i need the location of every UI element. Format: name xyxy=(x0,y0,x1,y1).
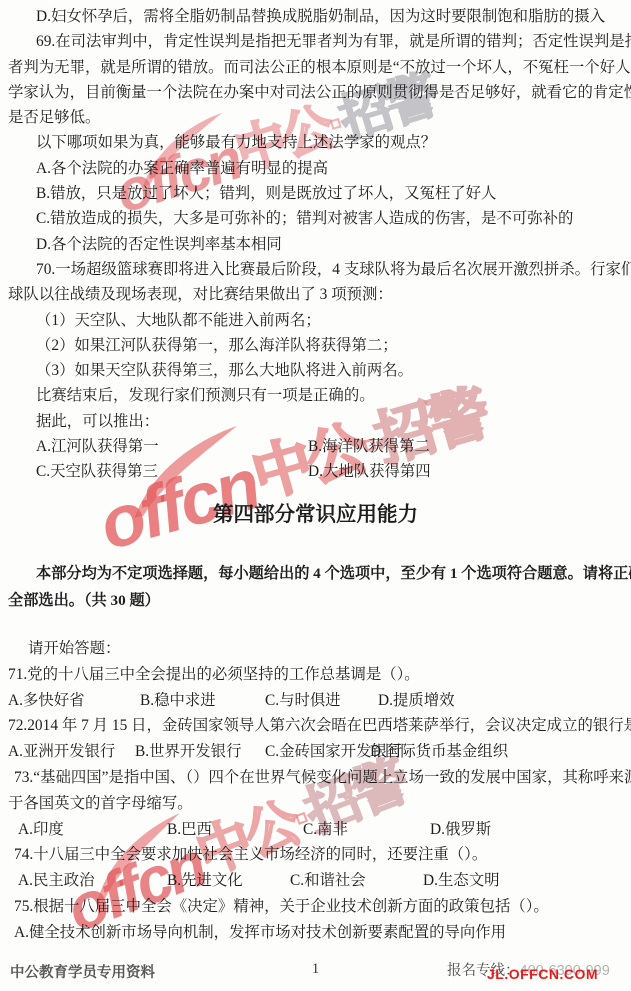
question-73-option-d: D.俄罗斯 xyxy=(430,817,629,843)
question-73-option-c: C.南非 xyxy=(303,817,430,843)
section-instructions: 本部分均为不定项选择题，每小题给出的 4 个选项中，至少有 1 个选项符合题意。… xyxy=(8,560,629,614)
question-70-option-c: C.天空队获得第三 xyxy=(36,459,308,484)
question-71-option-c: C.与时俱进 xyxy=(265,688,378,714)
question-70-lead-in: 据此，可以推出： xyxy=(8,409,629,434)
question-72-option-a: A.亚洲开发银行 xyxy=(8,739,135,765)
question-72-option-d: D.国际货币基金组织 xyxy=(370,739,629,765)
question-70-stem-line: 球队以往战绩及现场表现，对比赛结果做出了 3 项预测： xyxy=(8,282,629,307)
question-69-option-c: C.错放造成的损失，大多是可弥补的；错判对被害人造成的伤害，是不可弥补的 xyxy=(8,206,629,231)
question-70-prediction: （3）如果天空队获得第三，那么大地队将进入前两名。 xyxy=(8,358,629,383)
question-73-options-row: A.印度 B.巴西 C.南非 D.俄罗斯 xyxy=(8,817,629,843)
option-line: D.妇女怀孕后，需将全脂奶制品替换成脱脂奶制品，因为这时要限制饱和脂肪的摄入 xyxy=(8,4,629,29)
question-70-options-row: C.天空队获得第三 D.大地队获得第四 xyxy=(8,459,629,484)
question-71-stem: 71.党的十八届三中全会提出的必须坚持的工作总基调是（）。 xyxy=(8,662,629,688)
question-69-option-d: D.各个法院的否定性误判率基本相同 xyxy=(8,232,629,257)
question-69-prompt: 以下哪项如果为真，能够最有力地支持上述法学家的观点？ xyxy=(8,130,629,155)
question-72-option-b: B.世界开发银行 xyxy=(135,739,265,765)
question-70-options-row: A.江河队获得第一 B.海洋队获得第二 xyxy=(8,434,629,459)
question-74-stem: 74.十八届三中全会要求加快社会主义市场经济的同时，还要注重（）。 xyxy=(8,842,629,868)
question-70-result-note: 比赛结束后，发现行家们预测只有一项是正确的。 xyxy=(8,383,629,408)
question-74-options-row: A.民主政治 B.先进文化 C.和谐社会 D.生态文明 xyxy=(8,868,629,894)
question-72-options-row: A.亚洲开发银行 B.世界开发银行 C.金砖国家开发银行 D.国际货币基金组织 xyxy=(8,739,629,765)
question-74-option-c: C.和谐社会 xyxy=(290,868,423,894)
exam-page: offcn 中公· 招警 offcn 中公· 招警 offcn 中公· 招警 D… xyxy=(0,0,631,991)
question-70-prediction: （1）天空队、大地队都不能进入前两名； xyxy=(8,308,629,333)
question-69-stem-line: 69.在司法审判中，肯定性误判是指把无罪者判为有罪，就是所谓的错判；否定性误判是… xyxy=(8,29,629,54)
start-prompt: 请开始答题： xyxy=(8,636,629,662)
question-69-stem-line: 学家认为，目前衡量一个法院在办案中对司法公正的原则贯彻得是否足够好，就看它的肯定… xyxy=(8,80,629,105)
section-title: 第四部分常识应用能力 xyxy=(0,502,631,528)
question-70-option-d: D.大地队获得第四 xyxy=(308,459,629,484)
question-69-stem-line: 者判为无罪，就是所谓的错放。而司法公正的根本原则是“不放过一个坏人，不冤枉一个好… xyxy=(8,55,629,80)
question-75-stem: 75.根据十八届三中全会《决定》精神，关于企业技术创新方面的政策包括（）。 xyxy=(8,894,629,920)
question-70-stem-line: 70.一场超级篮球赛即将进入比赛最后阶段，4 支球队将为最后名次展开激烈拼杀。行… xyxy=(8,257,629,282)
questions-68-70-section: D.妇女怀孕后，需将全脂奶制品替换成脱脂奶制品，因为这时要限制饱和脂肪的摄入 6… xyxy=(8,4,629,485)
question-74-option-d: D.生态文明 xyxy=(423,868,629,894)
question-73-stem-line: 73.“基础四国”是指中国、（）四个在世界气候变化问题上立场一致的发展中国家，其… xyxy=(8,765,629,791)
question-71-option-b: B.稳中求进 xyxy=(140,688,265,714)
question-69-stem-line: 是否足够低。 xyxy=(8,105,629,130)
question-74-option-b: B.先进文化 xyxy=(167,868,290,894)
question-75-option-a: A.健全技术创新市场导向机制，发挥市场对技术创新要素配置的导向作用 xyxy=(8,920,629,946)
instructions-line: 全部选出。（共 30 题） xyxy=(8,587,629,614)
question-74-option-a: A.民主政治 xyxy=(18,868,167,894)
question-71-options-row: A.多快好省 B.稳中求进 C.与时俱进 D.提质增效 xyxy=(8,688,629,714)
question-70-prediction: （2）如果江河队获得第一，那么海洋队将获得第二； xyxy=(8,333,629,358)
question-72-stem: 72.2014 年 7 月 15 日，金砖国家领导人第六次会晤在巴西塔莱萨举行，… xyxy=(8,713,629,739)
question-73-option-a: A.印度 xyxy=(18,817,167,843)
question-73-stem-line: 于各国英文的首字母缩写。 xyxy=(8,791,629,817)
question-71-option-d: D.提质增效 xyxy=(378,688,629,714)
instructions-line: 本部分均为不定项选择题，每小题给出的 4 个选项中，至少有 1 个选项符合题意。… xyxy=(8,560,629,587)
question-70-option-a: A.江河队获得第一 xyxy=(36,434,308,459)
question-72-option-c: C.金砖国家开发银行 xyxy=(265,739,370,765)
offcn-site-watermark: JL.OFFCN.COM xyxy=(487,966,598,982)
question-71-option-a: A.多快好省 xyxy=(8,688,140,714)
question-70-option-b: B.海洋队获得第二 xyxy=(308,434,629,459)
questions-71-75-section: 请开始答题： 71.党的十八届三中全会提出的必须坚持的工作总基调是（）。 A.多… xyxy=(8,636,629,946)
question-69-option-b: B.错放，只是放过了坏人；错判，则是既放过了坏人，又冤枉了好人 xyxy=(8,181,629,206)
question-73-option-b: B.巴西 xyxy=(167,817,303,843)
question-69-option-a: A.各个法院的办案正确率普遍有明显的提高 xyxy=(8,156,629,181)
